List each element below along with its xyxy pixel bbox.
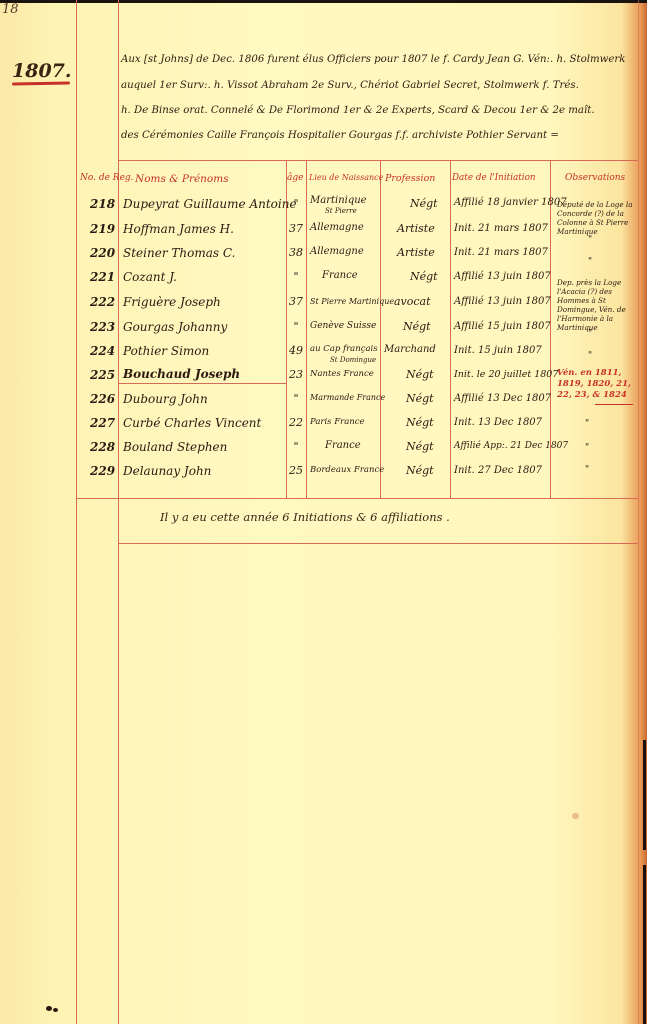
intro-line: h. De Binse orat. Connelé & De Florimond…	[121, 105, 595, 116]
entry-age: "	[287, 392, 305, 405]
table-bottom-rule	[76, 498, 638, 499]
entry-number: 222	[90, 295, 118, 309]
entry-age: 22	[287, 416, 305, 429]
entry-profession: avocat	[394, 295, 431, 308]
entry-date: Affilié App:. 21 Dec 1807	[454, 441, 568, 451]
entry-age: 37	[287, 295, 305, 308]
observations-underline	[595, 404, 633, 405]
entry-name: Cozant J.	[123, 270, 177, 284]
entry-birthplace: Marmande France	[310, 393, 385, 402]
entry-profession: Artiste	[397, 246, 435, 259]
entry-profession: Négt	[406, 464, 434, 477]
entry-name: Dubourg John	[123, 392, 208, 406]
entry-observation: "	[585, 444, 589, 453]
entry-age: 38	[287, 246, 305, 259]
entry-profession: Négt	[410, 270, 438, 283]
header-profession: Profession	[385, 173, 435, 184]
entry-number: 219	[90, 222, 118, 236]
entry-profession: Négt	[406, 392, 434, 405]
entry-date: Init. 21 mars 1807	[454, 247, 548, 258]
entry-birthplace: Martinique	[310, 195, 367, 206]
binding-edge	[643, 740, 646, 850]
entry-observation: "	[588, 258, 592, 267]
entry-age: 25	[287, 464, 305, 477]
entry-date: Init. 21 mars 1807	[454, 223, 548, 234]
entry-birthplace: au Cap français	[310, 344, 378, 354]
header-age: âge	[287, 173, 303, 183]
entry-name: Delaunay John	[123, 464, 211, 478]
ink-blot	[53, 1008, 58, 1012]
entry-birthplace: Paris France	[310, 417, 365, 427]
page-top-edge	[0, 0, 647, 3]
year-summary: Il y a eu cette année 6 Initiations & 6 …	[160, 510, 450, 524]
entry-date: Init. 13 Dec 1807	[454, 417, 542, 428]
paper-stain	[572, 813, 579, 819]
entry-number: 218	[90, 197, 118, 211]
entry-birthplace: St Pierre Martinique	[310, 297, 394, 306]
intro-line: des Cérémonies Caille François Hospitali…	[121, 130, 559, 141]
binding-edge	[643, 865, 646, 1024]
entry-name: Bouland Stephen	[123, 440, 227, 454]
entry-name: Curbé Charles Vincent	[123, 416, 261, 430]
entry-profession: Négt	[403, 320, 431, 333]
entry-observation: "	[585, 420, 589, 429]
header-date: Date de l'Initiation	[452, 173, 536, 183]
header-observations: Observations	[565, 173, 625, 183]
intro-line: auquel 1er Surv:. h. Vissot Abraham 2e S…	[121, 80, 579, 91]
entry-observation: "	[585, 466, 589, 475]
table-top-rule	[118, 160, 638, 161]
entry-number: 228	[90, 440, 118, 454]
entry-birthplace: France	[325, 440, 361, 451]
entry-profession: Artiste	[397, 222, 435, 235]
entry-age: "	[287, 197, 305, 210]
entry-profession: Négt	[406, 440, 434, 453]
entry-age: 49	[287, 344, 305, 357]
page-number: 18	[2, 2, 19, 17]
entry-age: 37	[287, 222, 305, 235]
header-names: Noms & Prénoms	[135, 173, 229, 185]
entry-date: Affilié 15 juin 1807	[454, 321, 551, 332]
entry-profession: Marchand	[384, 344, 436, 355]
entry-date: Affilié 13 juin 1807	[454, 296, 551, 307]
entry-name: Steiner Thomas C.	[123, 246, 235, 260]
ink-blot	[46, 1006, 52, 1011]
entry-date: Affilié 13 Dec 1807	[454, 393, 551, 404]
entry-number: 224	[90, 344, 118, 358]
entry-observation: Dep. près la Loge l'Acacia (?) des Homme…	[557, 278, 637, 332]
entry-observation: "	[588, 330, 592, 339]
entry-number: 226	[90, 392, 118, 406]
entry-number: 221	[90, 270, 118, 284]
intro-line: Aux [st Johns] de Dec. 1806 furent élus …	[121, 54, 625, 65]
col-rule-age-right	[306, 160, 307, 498]
entry-age: "	[287, 320, 305, 333]
entry-birthplace: Bordeaux France	[310, 465, 384, 475]
entry-date: Affilié 13 juin 1807	[454, 271, 551, 282]
entry-name: Friguère Joseph	[123, 295, 221, 309]
header-number: No. de Reg.	[80, 173, 134, 183]
col-rule-place-right	[380, 160, 381, 498]
entry-observation: "	[588, 352, 592, 361]
entry-name: Pothier Simon	[123, 344, 209, 358]
entry-name: Dupeyrat Guillaume Antoine	[123, 197, 297, 211]
names-separator-rule	[118, 383, 286, 384]
margin-rule-right	[118, 0, 119, 1024]
entry-birthplace-note: St Pierre	[325, 207, 357, 215]
entry-number: 225	[90, 368, 118, 382]
entry-date: Affilié 18 janvier 1807	[454, 197, 567, 208]
entry-birthplace: Allemagne	[310, 246, 364, 257]
year-heading: 1807.	[12, 60, 72, 82]
entry-birthplace: Nantes France	[310, 369, 374, 379]
entry-profession: Négt	[410, 197, 438, 210]
entry-birthplace: Genève Suisse	[310, 321, 376, 331]
entry-name: Bouchaud Joseph	[123, 367, 240, 381]
entry-birthplace-note: St Domingue	[330, 356, 376, 364]
entry-observation: "	[588, 236, 592, 245]
summary-bottom-rule	[118, 543, 638, 544]
entry-birthplace: France	[322, 270, 358, 281]
entry-number: 229	[90, 464, 118, 478]
entry-observation: Député de la Loge la Concorde (?) de la …	[557, 200, 637, 236]
col-rule-profession-right	[450, 160, 451, 498]
entry-observation: Vén. en 1811, 1819, 1820, 21, 22, 23, & …	[557, 368, 635, 401]
entry-name: Gourgas Johanny	[123, 320, 227, 334]
entry-age: "	[287, 440, 305, 453]
entry-age: "	[287, 270, 305, 283]
entry-number: 220	[90, 246, 118, 260]
entry-name: Hoffman James H.	[123, 222, 234, 236]
entry-number: 227	[90, 416, 118, 430]
entry-age: 23	[287, 368, 305, 381]
year-underline	[12, 81, 70, 85]
margin-rule-left	[76, 0, 77, 1024]
entry-date: Init. le 20 juillet 1807	[454, 369, 558, 380]
entry-profession: Négt	[406, 368, 434, 381]
right-page-rule	[638, 0, 639, 1024]
entry-birthplace: Allemagne	[310, 222, 364, 233]
header-birthplace: Lieu de Naissance	[309, 173, 383, 182]
entry-date: Init. 27 Dec 1807	[454, 465, 542, 476]
entry-date: Init. 15 juin 1807	[454, 345, 542, 356]
entry-profession: Négt	[406, 416, 434, 429]
entry-number: 223	[90, 320, 118, 334]
